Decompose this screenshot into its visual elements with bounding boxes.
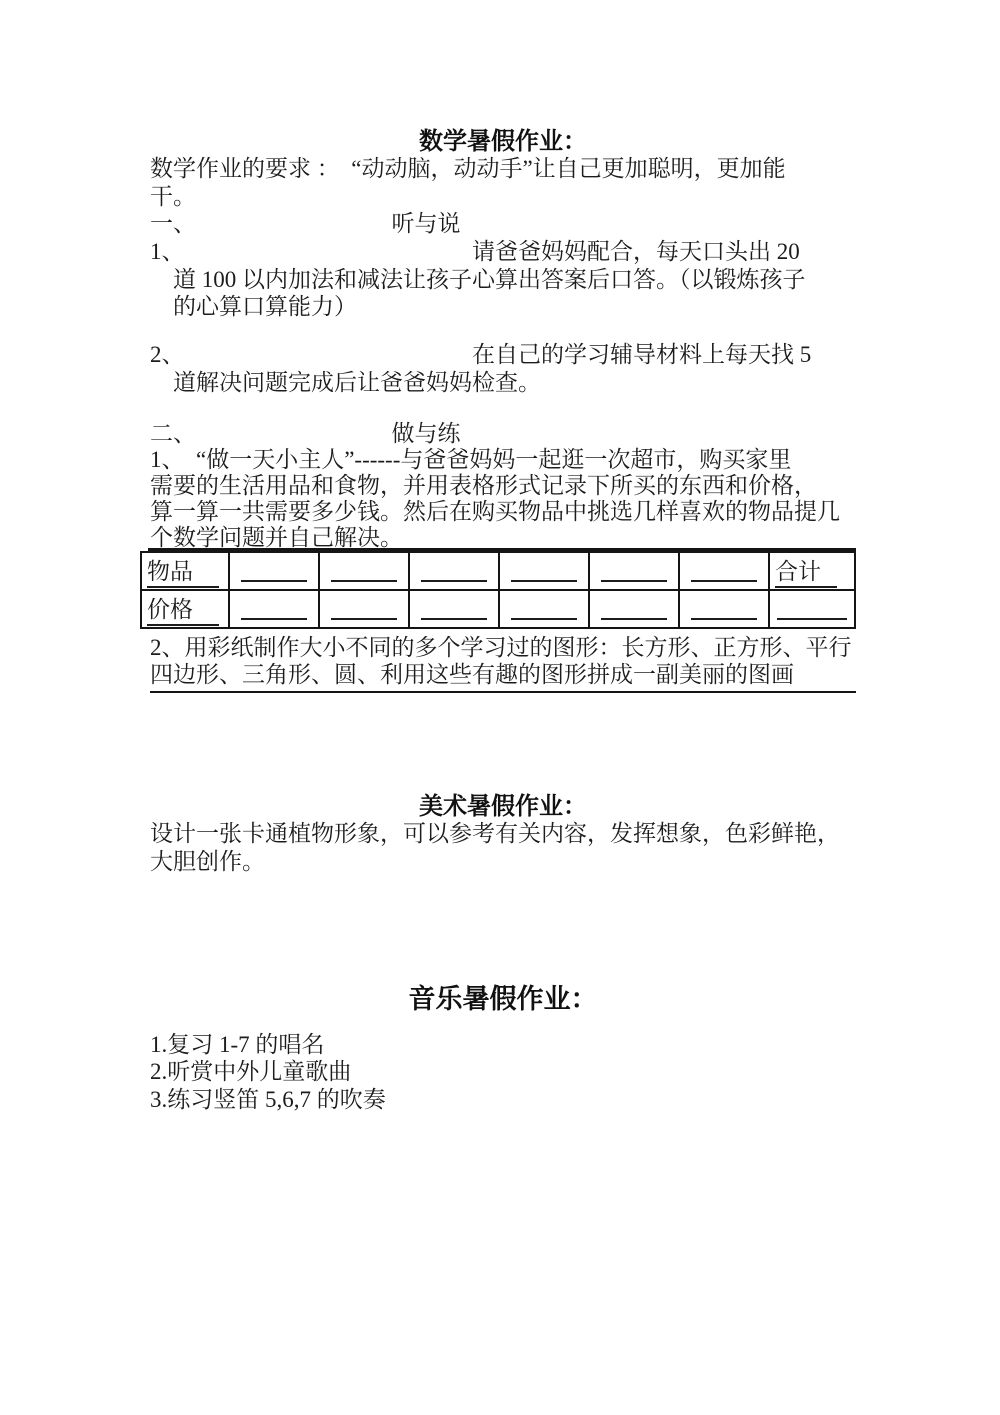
item-blank-cell	[589, 552, 679, 590]
blank-line	[511, 564, 577, 582]
price-blank-cell	[499, 590, 589, 628]
part1-heading-listen-speak: 一、 听与说	[150, 210, 856, 238]
blank-line	[421, 564, 487, 582]
art-homework-title: 美术暑假作业：	[150, 793, 856, 820]
price-blank-cell	[319, 590, 409, 628]
total-label: 合计	[775, 553, 837, 588]
part2-item2-paper-shapes: 2、用彩纸制作大小不同的多个学习过的图形：长方形、正方形、平行 四边形、三角形、…	[150, 634, 856, 693]
blank-line	[777, 602, 847, 620]
blank-line	[421, 602, 487, 620]
blank-line	[331, 602, 397, 620]
price-blank-cell	[409, 590, 499, 628]
price-blank-cell	[589, 590, 679, 628]
blank-line	[691, 564, 757, 582]
music-homework-title: 音乐暑假作业：	[150, 984, 856, 1014]
shopping-record-table: 物品 合计 价格	[140, 551, 856, 629]
math-requirements-text: 数学作业的要求 ： “动动脑，动动手”让自己更加聪明，更加能 干。	[150, 155, 856, 210]
price-label: 价格	[147, 591, 219, 626]
blank-line	[331, 564, 397, 582]
blank-line	[691, 602, 757, 620]
part2-heading-do-practice: 二、 做与练	[150, 420, 856, 448]
item-blank-cell	[409, 552, 499, 590]
price-total-blank-cell	[769, 590, 855, 628]
part1-item1-mental-math: 1、 请爸爸妈妈配合，每天口头出 20 道 100 以内加法和减法让孩子心算出答…	[150, 238, 856, 321]
math-homework-title: 数学暑假作业：	[150, 128, 856, 155]
blank-line	[511, 602, 577, 620]
document-page: 数学暑假作业： 数学作业的要求 ： “动动脑，动动手”让自己更加聪明，更加能 干…	[0, 0, 1000, 1415]
total-label-cell: 合计	[769, 552, 855, 590]
price-blank-cell	[229, 590, 319, 628]
table-row-items: 物品 合计	[141, 552, 855, 590]
item-blank-cell	[319, 552, 409, 590]
blank-line	[241, 564, 307, 582]
part1-item2-problem-solving: 2、 在自己的学习辅导材料上每天找 5 道解决问题完成后让爸爸妈妈检查。	[150, 341, 856, 396]
music-item-3: 3.练习竖笛 5,6,7 的吹奏	[150, 1086, 856, 1114]
item-label: 物品	[147, 553, 219, 588]
table-row-prices: 价格	[141, 590, 855, 628]
blank-line	[241, 602, 307, 620]
item-blank-cell	[499, 552, 589, 590]
music-item-2: 2.听赏中外儿童歌曲	[150, 1058, 856, 1086]
art-homework-text: 设计一张卡通植物形象，可以参考有关内容，发挥想象，色彩鲜艳， 大胆创作。	[150, 820, 856, 875]
blank-line	[601, 602, 667, 620]
blank-line	[601, 564, 667, 582]
price-label-cell: 价格	[141, 590, 229, 628]
part2-item1-supermarket-task: 1、 “做一天小主人”------与爸爸妈妈一起逛一次超市，购买家里 需要的生活…	[150, 447, 856, 551]
price-blank-cell	[679, 590, 769, 628]
music-item-1: 1.复习 1-7 的唱名	[150, 1031, 856, 1059]
item-blank-cell	[229, 552, 319, 590]
item-label-cell: 物品	[141, 552, 229, 590]
item-blank-cell	[679, 552, 769, 590]
